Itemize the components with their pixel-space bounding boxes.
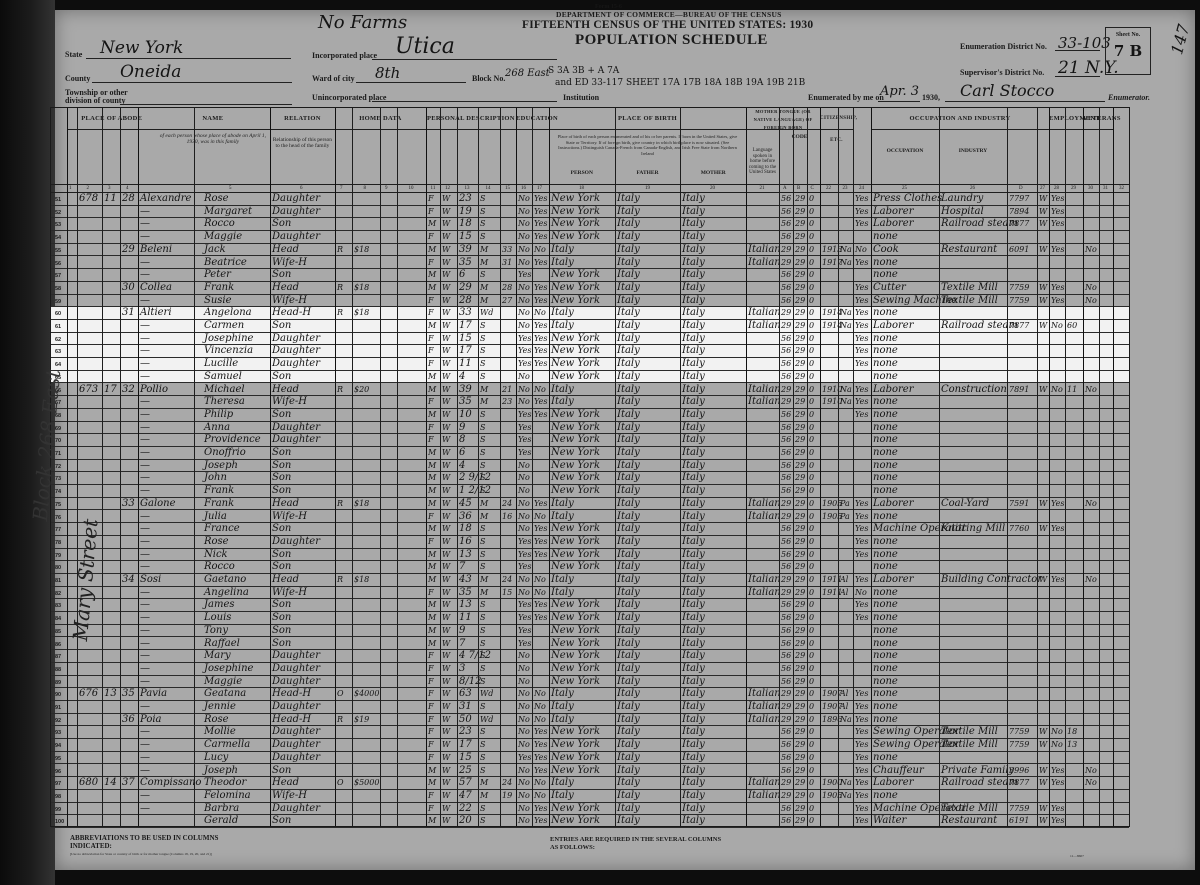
- cell-surname: —: [140, 739, 150, 752]
- cell-b: 29: [795, 485, 805, 498]
- cell-relation: Head: [272, 574, 299, 587]
- cell-mother: Italy: [682, 434, 705, 447]
- cell-mother: Italy: [682, 244, 705, 257]
- cell-school: No: [518, 574, 530, 587]
- cell-father: Italy: [617, 574, 640, 587]
- cell-b: 29: [795, 612, 805, 625]
- cell-c: 0: [809, 409, 814, 422]
- column-divider: [746, 108, 747, 826]
- cell-value: $4000: [354, 688, 379, 701]
- line-number: 56: [55, 261, 61, 267]
- cell-mother: Italy: [682, 790, 705, 803]
- cell-vet: No: [1085, 244, 1097, 257]
- cell-father: Italy: [617, 333, 640, 346]
- cell-a: 29: [781, 688, 791, 701]
- cell-c: 0: [809, 612, 814, 625]
- cell-eng: Yes: [855, 206, 868, 219]
- line-number: 74: [55, 489, 61, 495]
- cell-age-marr: 21: [502, 384, 512, 397]
- cell-school: No: [518, 739, 530, 752]
- cell-school: No: [518, 320, 530, 333]
- column-divider: [838, 108, 839, 826]
- cell-school: Yes: [518, 269, 531, 282]
- cell-age: 10: [459, 409, 472, 422]
- cell-c: 0: [809, 320, 814, 333]
- line-number: 53: [55, 222, 61, 228]
- cell-sex: M: [428, 523, 436, 536]
- cell-school: No: [518, 815, 530, 828]
- cell-race: W: [442, 396, 450, 409]
- cell-father: Italy: [617, 790, 640, 803]
- cell-birth: New York: [551, 638, 600, 651]
- cell-house: 676: [79, 688, 98, 701]
- cell-read: No: [534, 587, 546, 600]
- cell-a: 29: [781, 574, 791, 587]
- cell-given: Joseph: [204, 460, 238, 473]
- cell-birth: New York: [551, 549, 600, 562]
- cell-c: 0: [809, 345, 814, 358]
- required-title: ENTRIES ARE REQUIRED IN THE SEVERAL COLU…: [550, 836, 730, 851]
- cell-read: Yes: [534, 206, 547, 219]
- cell-age: 11: [459, 358, 472, 371]
- cell-surname: —: [140, 511, 150, 524]
- cell-read: Yes: [534, 752, 547, 765]
- cell-vet: No: [1085, 574, 1097, 587]
- cell-relation: Daughter: [272, 345, 320, 358]
- cell-a: 29: [781, 498, 791, 511]
- cell-b: 29: [795, 231, 805, 244]
- cell-age: 50: [459, 714, 472, 727]
- cell-surname: —: [140, 218, 150, 231]
- cell-code: 3996: [1009, 765, 1029, 778]
- cell-occupation: Laborer: [873, 777, 914, 790]
- cell-relation: Son: [272, 625, 291, 638]
- date-line: [878, 101, 920, 102]
- table-row: 52—MargaretDaughterFW19SNoYesNew YorkIta…: [51, 206, 1129, 219]
- cell-c: 0: [809, 193, 814, 206]
- column-number: C: [811, 186, 814, 191]
- cell-c: 0: [809, 790, 814, 803]
- cell-industry: Textile Mill: [941, 282, 998, 295]
- cell-mother: Italy: [682, 739, 705, 752]
- cell-sex: F: [428, 257, 434, 270]
- cell-mother: Italy: [682, 257, 705, 270]
- cell-given: Providence: [204, 434, 261, 447]
- cell-age: 39: [459, 384, 472, 397]
- enumerator-label: Enumerator.: [1108, 93, 1150, 102]
- cell-father: Italy: [617, 726, 640, 739]
- cell-marital: S: [480, 561, 485, 574]
- table-row: 82—AngelinaWife-HFW35M15NoNoItalyItalyIt…: [51, 587, 1129, 600]
- column-divider: [1083, 108, 1084, 826]
- cell-birth: Italy: [551, 498, 574, 511]
- cell-occupation: none: [873, 422, 898, 435]
- cell-home: O: [337, 688, 344, 701]
- line-number: 88: [55, 667, 61, 673]
- column-number: 3: [108, 186, 111, 191]
- cell-surname: —: [140, 333, 150, 346]
- cell-surname: —: [140, 396, 150, 409]
- cell-mother: Italy: [682, 599, 705, 612]
- cell-school: No: [518, 193, 530, 206]
- cell-a: 56: [781, 193, 791, 206]
- cell-given: Vincenzia: [204, 345, 253, 358]
- cell-eng: Yes: [855, 574, 868, 587]
- cell-work: Yes: [1051, 295, 1064, 308]
- line-number: 85: [55, 629, 61, 635]
- cell-relation: Son: [272, 269, 291, 282]
- table-row: 87—MaryDaughterFW4 7/12SNoNew YorkItalyI…: [51, 650, 1129, 663]
- cell-age: 25: [459, 765, 472, 778]
- cell-read: Yes: [534, 815, 547, 828]
- cell-work: Yes: [1051, 498, 1064, 511]
- cell-code: 7760: [1009, 523, 1029, 536]
- cell-marital: S: [480, 409, 485, 422]
- cell-work: Yes: [1051, 206, 1064, 219]
- cell-a: 56: [781, 676, 791, 689]
- cell-relation: Daughter: [272, 676, 320, 689]
- cell-school: Yes: [518, 447, 531, 460]
- cell-age-marr: 27: [502, 295, 512, 308]
- column-divider: [194, 108, 195, 826]
- cell-relation: Son: [272, 472, 291, 485]
- cell-birth: Italy: [551, 257, 574, 270]
- cell-a: 56: [781, 422, 791, 435]
- cell-b: 29: [795, 777, 805, 790]
- cell-surname: —: [140, 320, 150, 333]
- cell-marital: M: [480, 295, 488, 308]
- cell-c: 0: [809, 231, 814, 244]
- cell-father: Italy: [617, 447, 640, 460]
- cell-sex: F: [428, 295, 434, 308]
- table-row: 69—AnnaDaughterFW9SYesNew YorkItalyItaly…: [51, 422, 1129, 435]
- cell-surname: —: [140, 561, 150, 574]
- cell-mother: Italy: [682, 447, 705, 460]
- cell-lang: Italian: [748, 777, 781, 790]
- column-number: 1: [69, 186, 72, 191]
- table-row: 76—JuliaWife-HFW36M16NoNoItalyItalyItaly…: [51, 511, 1129, 524]
- cell-birth: New York: [551, 282, 600, 295]
- cell-cls: W: [1039, 523, 1047, 536]
- table-row: 84—LouisSonMW11SYesYesNew YorkItalyItaly…: [51, 612, 1129, 625]
- cell-school: No: [518, 231, 530, 244]
- cell-cls: W: [1039, 218, 1047, 231]
- cell-age: 9: [459, 422, 465, 435]
- cell-race: W: [442, 434, 450, 447]
- enumerator-line: [945, 101, 1105, 102]
- cell-age-marr: 16: [502, 511, 512, 524]
- cell-given: Angelona: [204, 307, 252, 320]
- cell-eng: Yes: [855, 803, 868, 816]
- cell-b: 29: [795, 587, 805, 600]
- cell-mother: Italy: [682, 472, 705, 485]
- table-row: 61—CarmenSonMW17SNoYesItalyItalyItalyIta…: [51, 320, 1129, 333]
- cell-cls: W: [1039, 777, 1047, 790]
- cell-b: 29: [795, 307, 805, 320]
- cell-father: Italy: [617, 269, 640, 282]
- cell-occupation: none: [873, 701, 898, 714]
- cell-value: $18: [354, 307, 369, 320]
- cell-read: No: [534, 511, 546, 524]
- cell-surname: —: [140, 612, 150, 625]
- cell-sex: M: [428, 549, 436, 562]
- column-number: 9: [385, 186, 388, 191]
- cell-occupation: Laborer: [873, 498, 914, 511]
- cell-birth: New York: [551, 472, 600, 485]
- cell-read: No: [534, 688, 546, 701]
- cell-age-marr: 23: [502, 396, 512, 409]
- cell-marital: M: [480, 244, 488, 257]
- cell-b: 29: [795, 384, 805, 397]
- year-label: 1930,: [922, 93, 940, 102]
- cell-eng: Yes: [855, 358, 868, 371]
- cell-a: 29: [781, 790, 791, 803]
- table-row: 65—SamuelSonMW4SNoNew YorkItalyItaly5629…: [51, 371, 1129, 384]
- cell-nat: Na: [840, 257, 852, 270]
- cell-surname: —: [140, 460, 150, 473]
- cell-b: 29: [795, 803, 805, 816]
- cell-lang: Italian: [748, 714, 781, 727]
- cell-birth: New York: [551, 371, 600, 384]
- cell-mother: Italy: [682, 358, 705, 371]
- column-number: 30: [1088, 186, 1093, 191]
- cell-a: 56: [781, 206, 791, 219]
- cell-c: 0: [809, 447, 814, 460]
- cell-given: Mollie: [204, 726, 236, 739]
- cell-a: 29: [781, 307, 791, 320]
- cell-sex: F: [428, 358, 434, 371]
- cell-surname: —: [140, 358, 150, 371]
- table-row: 56—BeatriceWife-HFW35M31NoYesItalyItalyI…: [51, 257, 1129, 270]
- cell-surname: —: [140, 676, 150, 689]
- cell-eng: Yes: [855, 701, 868, 714]
- cell-given: Carmen: [204, 320, 244, 333]
- cell-age: 28: [459, 295, 472, 308]
- cell-given: Josephine: [204, 333, 253, 346]
- county-label: County: [65, 74, 90, 83]
- cell-birth: New York: [551, 625, 600, 638]
- cell-b: 29: [795, 422, 805, 435]
- cell-industry: Laundry: [941, 193, 983, 206]
- cell-industry: Textile Mill: [941, 726, 998, 739]
- table-row: 5830ColleaFrankHeadR$18MW29M28NoYesNew Y…: [51, 282, 1129, 295]
- table-row: 7533GaloneFrankHeadR$18MW45M24NoYesItaly…: [51, 498, 1129, 511]
- cell-sex: M: [428, 765, 436, 778]
- cell-code: 7877: [1009, 320, 1029, 333]
- cell-given: Julia: [204, 511, 227, 524]
- cell-a: 56: [781, 815, 791, 828]
- cell-b: 29: [795, 688, 805, 701]
- cell-marital: S: [480, 422, 485, 435]
- cell-occupation: Cutter: [873, 282, 906, 295]
- cell-surname: —: [140, 422, 150, 435]
- cell-b: 29: [795, 498, 805, 511]
- group-citizenship: CITIZENSHIP, ETC.: [820, 108, 853, 130]
- cell-eng: Yes: [855, 218, 868, 231]
- cell-b: 29: [795, 790, 805, 803]
- cell-race: W: [442, 536, 450, 549]
- cell-lang: Italian: [748, 498, 781, 511]
- cell-b: 29: [795, 434, 805, 447]
- ward-label: Ward of city: [312, 74, 355, 83]
- table-row: 95—LucyDaughterFW15SYesYesNew YorkItalyI…: [51, 752, 1129, 765]
- line-number: 73: [55, 476, 61, 482]
- print-code: 11—8607: [1070, 854, 1130, 859]
- table-row: 88—JosephineDaughterFW3SNoNew YorkItalyI…: [51, 663, 1129, 676]
- cell-school: Yes: [518, 434, 531, 447]
- cell-race: W: [442, 409, 450, 422]
- column-divider: [77, 108, 78, 826]
- birth-description: Place of birth of each person enumerated…: [554, 134, 741, 156]
- cell-birth: Italy: [551, 701, 574, 714]
- cell-sex: M: [428, 485, 436, 498]
- industry-subheader: INDUSTRY: [939, 148, 1007, 154]
- cell-home: R: [337, 307, 343, 320]
- line-number: 89: [55, 680, 61, 686]
- cell-a: 56: [781, 561, 791, 574]
- cell-mother: Italy: [682, 511, 705, 524]
- cell-industry: Coal-Yard: [941, 498, 989, 511]
- cell-birth: New York: [551, 231, 600, 244]
- cell-father: Italy: [617, 257, 640, 270]
- cell-b: 29: [795, 269, 805, 282]
- cell-occupation: none: [873, 434, 898, 447]
- cell-b: 29: [795, 625, 805, 638]
- column-number: 5: [229, 186, 232, 191]
- cell-c: 0: [809, 206, 814, 219]
- schedule-title: POPULATION SCHEDULE: [575, 32, 768, 49]
- cell-sex: M: [428, 815, 436, 828]
- cell-race: W: [442, 498, 450, 511]
- cell-occupation: none: [873, 536, 898, 549]
- cell-sex: F: [428, 396, 434, 409]
- cell-race: W: [442, 472, 450, 485]
- cell-work: Yes: [1051, 218, 1064, 231]
- column-number: 15: [505, 186, 510, 191]
- cell-sex: M: [428, 384, 436, 397]
- cell-a: 56: [781, 409, 791, 422]
- cell-race: W: [442, 345, 450, 358]
- cell-marital: S: [480, 765, 485, 778]
- cell-father: Italy: [617, 739, 640, 752]
- cell-b: 29: [795, 295, 805, 308]
- table-row: 516781128AlexandreRoseDaughterFW23SNoYes…: [51, 193, 1129, 206]
- cell-eng: Yes: [855, 549, 868, 562]
- cell-nat: Al: [840, 587, 848, 600]
- cell-sex: M: [428, 409, 436, 422]
- cell-birth: New York: [551, 676, 600, 689]
- cell-lang: Italian: [748, 701, 781, 714]
- cell-sex: M: [428, 447, 436, 460]
- cell-cls: W: [1039, 765, 1047, 778]
- cell-relation: Daughter: [272, 536, 320, 549]
- cell-relation: Son: [272, 218, 291, 231]
- cell-occupation: none: [873, 485, 898, 498]
- cell-work: Yes: [1051, 574, 1064, 587]
- cell-b: 29: [795, 676, 805, 689]
- cell-mother: Italy: [682, 269, 705, 282]
- cell-age: 2 9/12: [459, 472, 491, 485]
- cell-age: 13: [459, 549, 472, 562]
- cell-given: Nick: [204, 549, 228, 562]
- cell-family: 29: [122, 244, 135, 257]
- cell-sex: M: [428, 612, 436, 625]
- table-row: 78—RoseDaughterFW16SYesYesNew YorkItalyI…: [51, 536, 1129, 549]
- cell-eng: Yes: [855, 739, 868, 752]
- cell-b: 29: [795, 396, 805, 409]
- enumerated-label: Enumerated by me on: [808, 93, 884, 102]
- cell-birth: New York: [551, 650, 600, 663]
- cell-race: W: [442, 739, 450, 752]
- cell-marital: S: [480, 625, 485, 638]
- cell-given: Carmella: [204, 739, 250, 752]
- cell-mother: Italy: [682, 193, 705, 206]
- cell-read: Yes: [534, 257, 547, 270]
- group-place-of-abode: PLACE OF ABODE: [67, 108, 156, 130]
- cell-school: Yes: [518, 345, 531, 358]
- cell-a: 56: [781, 612, 791, 625]
- cell-read: Yes: [534, 409, 547, 422]
- cell-school: No: [518, 765, 530, 778]
- cell-c: 0: [809, 269, 814, 282]
- cell-birth: New York: [551, 536, 600, 549]
- cell-given: Mary: [204, 650, 231, 663]
- cell-relation: Wife-H: [272, 257, 307, 270]
- cell-occupation: none: [873, 549, 898, 562]
- line-number: 100: [55, 819, 64, 825]
- line-number: 87: [55, 654, 61, 660]
- cell-surname: —: [140, 345, 150, 358]
- cell-dwelling: 13: [104, 688, 117, 701]
- cell-a: 56: [781, 765, 791, 778]
- cell-marital: S: [480, 676, 485, 689]
- table-row: 64—LucilleDaughterFW11SYesYesNew YorkIta…: [51, 358, 1129, 371]
- cell-eng: Yes: [855, 765, 868, 778]
- cell-mother: Italy: [682, 231, 705, 244]
- cell-a: 56: [781, 485, 791, 498]
- cell-occupation: none: [873, 396, 898, 409]
- cell-marital: S: [480, 485, 485, 498]
- cell-marital: M: [480, 587, 488, 600]
- cell-read: No: [534, 777, 546, 790]
- table-row: 79—NickSonMW13SYesYesNew YorkItalyItaly5…: [51, 549, 1129, 562]
- cell-read: Yes: [534, 599, 547, 612]
- table-row: 100GeraldSonMW20SNoYesNew YorkItalyItaly…: [51, 815, 1129, 828]
- column-divider: [853, 108, 854, 826]
- code-subheader: CODE: [779, 134, 820, 140]
- cell-father: Italy: [617, 206, 640, 219]
- cell-eng: Yes: [855, 815, 868, 828]
- cell-given: Samuel: [204, 371, 242, 384]
- line-number: 90: [55, 692, 61, 698]
- cell-sex: M: [428, 282, 436, 295]
- cell-home: R: [337, 714, 343, 727]
- cell-given: Susie: [204, 295, 232, 308]
- cell-age: 19: [459, 206, 472, 219]
- cell-cls: W: [1039, 244, 1047, 257]
- cell-surname: —: [140, 803, 150, 816]
- cell-race: W: [442, 384, 450, 397]
- cell-read: No: [534, 574, 546, 587]
- cell-industry: Knitting Mill: [941, 523, 1005, 536]
- cell-sex: M: [428, 574, 436, 587]
- cell-marital: S: [480, 663, 485, 676]
- cell-father: Italy: [617, 803, 640, 816]
- group-place-of-birth: PLACE OF BIRTH: [549, 108, 746, 130]
- cell-read: Yes: [534, 193, 547, 206]
- column-divider: [680, 108, 681, 826]
- cell-father: Italy: [617, 599, 640, 612]
